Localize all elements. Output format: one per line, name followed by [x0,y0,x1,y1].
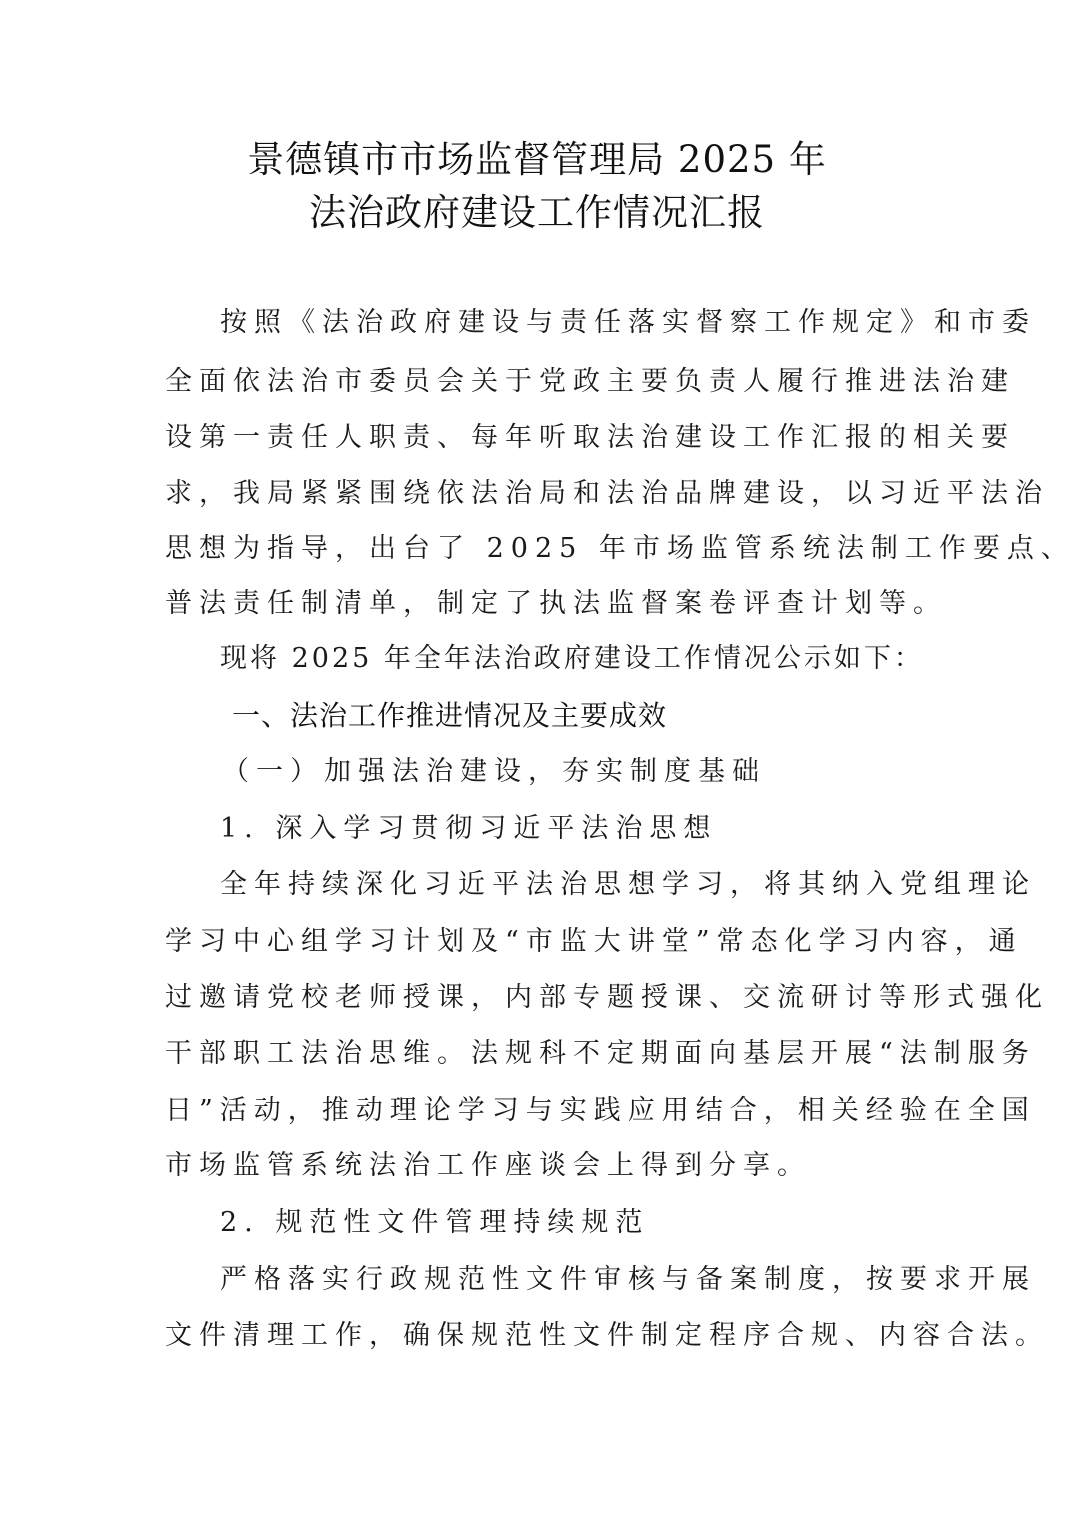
announce-line: 现将 2025 年全年法治政府建设工作情况公示如下： [220,641,970,677]
document-title-line-2: 法治政府建设工作情况汇报 [0,191,1074,235]
intro-paragraph-line: 全面依法治市委员会关于党政主要负责人履行推进法治建 [165,364,915,400]
item-1-heading: 1. 深入学习贯彻习近平法治思想 [220,811,970,847]
intro-paragraph-line: 按照《法治政府建设与责任落实督察工作规定》和市委 [220,305,970,341]
subsection-1-heading: （一）加强法治建设，夯实制度基础 [222,754,972,790]
item-2-paragraph-line: 严格落实行政规范性文件审核与备案制度，按要求开展 [220,1262,970,1298]
item-1-paragraph-line: 过邀请党校老师授课，内部专题授课、交流研讨等形式强化 [165,980,915,1016]
document-title-line-1: 景德镇市市场监督管理局 2025 年 [0,138,1074,182]
intro-paragraph-line: 求，我局紧紧围绕依法治局和法治品牌建设，以习近平法治 [165,476,915,512]
item-1-paragraph-line: 市场监管系统法治工作座谈会上得到分享。 [165,1148,915,1184]
intro-paragraph-line: 普法责任制清单，制定了执法监督案卷评查计划等。 [165,586,915,622]
item-1-paragraph-line: 干部职工法治思维。法规科不定期面向基层开展“法制服务 [165,1036,915,1072]
item-1-paragraph-line: 学习中心组学习计划及“市监大讲堂”常态化学习内容，通 [165,924,915,960]
document-page: 景德镇市市场监督管理局 2025 年 法治政府建设工作情况汇报 按照《法治政府建… [0,0,1074,1520]
item-2-paragraph-line: 文件清理工作，确保规范性文件制定程序合规、内容合法。 [165,1318,915,1354]
intro-paragraph-line: 设第一责任人职责、每年听取法治建设工作汇报的相关要 [165,420,915,456]
item-2-heading: 2. 规范性文件管理持续规范 [220,1205,970,1241]
item-1-paragraph-line: 全年持续深化习近平法治思想学习，将其纳入党组理论 [220,867,970,903]
intro-paragraph-line: 思想为指导，出台了 2025 年市场监管系统法制工作要点、 [165,531,915,567]
item-1-paragraph-line: 日”活动，推动理论学习与实践应用结合，相关经验在全国 [165,1093,915,1129]
section-1-heading: 一、法治工作推进情况及主要成效 [232,698,667,734]
